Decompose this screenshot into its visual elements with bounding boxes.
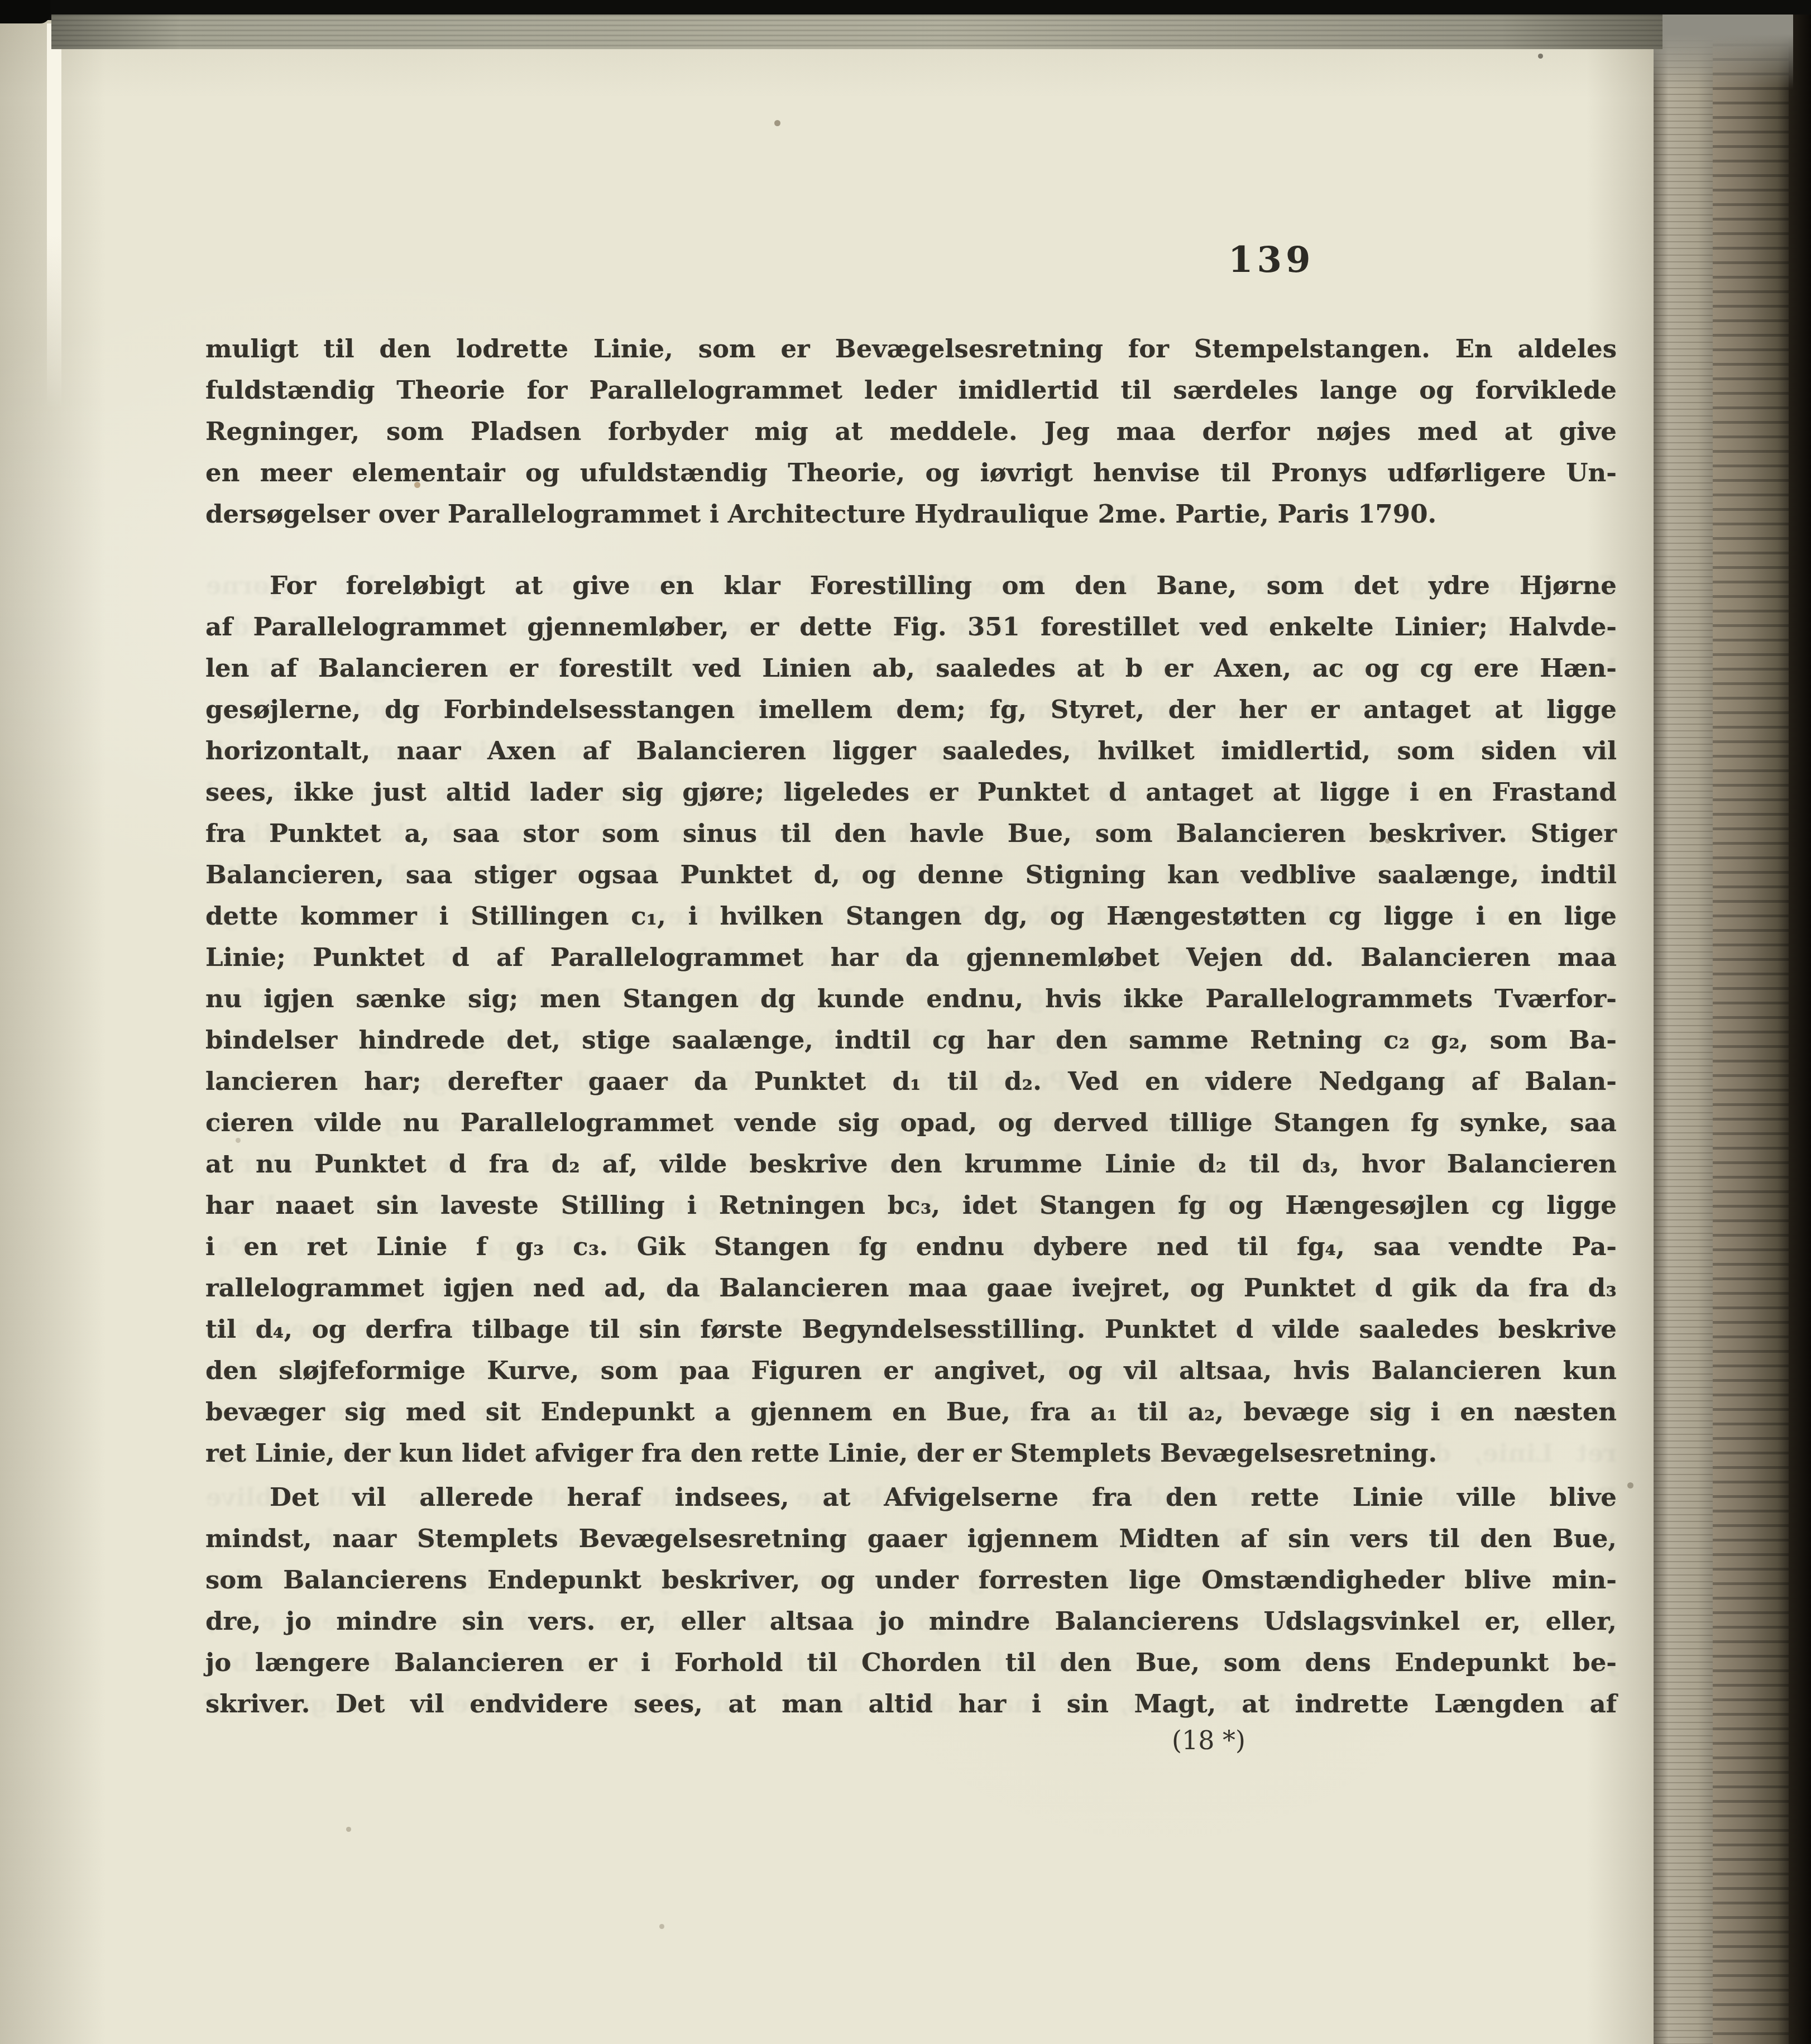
text-line: mindst, naar Stemplets Bevægelsesretning…: [205, 1518, 1617, 1559]
text-line: dette kommer i Stillingen c₁, i hvilken …: [205, 896, 1617, 937]
scan-background-corner: [0, 0, 50, 23]
text-line: af Parallelogrammet gjennemløber, er det…: [205, 606, 1617, 648]
top-pages-edge: [51, 15, 1663, 49]
text-line: rallelogrammet igjen ned ad, da Balancie…: [205, 1267, 1617, 1309]
text-line: jo længere Balancieren er i Forhold til …: [205, 1642, 1617, 1683]
text-line: som Balancierens Endepunkt beskriver, og…: [205, 1559, 1617, 1601]
text-line: ret Linie, der kun lidet afviger fra den…: [205, 1433, 1617, 1474]
text-line: Balancieren, saa stiger ogsaa Punktet d,…: [205, 854, 1617, 896]
text-line: sees, ikke just altid lader sig gjøre; l…: [205, 772, 1617, 813]
text-line: en meer elementair og ufuldstændig Theor…: [205, 452, 1617, 494]
text-line: len af Balancieren er forestilt ved Lini…: [205, 648, 1617, 689]
page-number: 139: [1228, 239, 1315, 281]
text-line: den sløjfeformige Kurve, som paa Figuren…: [205, 1350, 1617, 1391]
text-line: nu igjen sænke sig; men Stangen dg kunde…: [205, 978, 1617, 1019]
text-line: Regninger, som Pladsen forbyder mig at m…: [205, 411, 1617, 452]
text-line: horizontalt, naar Axen af Balancieren li…: [205, 730, 1617, 772]
paragraph-3: Det vil allerede heraf indsees, at Afvig…: [205, 1477, 1617, 1725]
text-line: Det vil allerede heraf indsees, at Afvig…: [205, 1477, 1617, 1518]
fore-edge-pages: [1654, 0, 1713, 2044]
text-line: at nu Punktet d fra d₂ af, vilde beskriv…: [205, 1143, 1617, 1185]
signature-mark: (18 *): [1108, 1725, 1309, 1755]
text-line: i en ret Linie f g₃ c₃. Gik Stangen fg e…: [205, 1226, 1617, 1267]
text-line: cieren vilde nu Parallelogrammet vende s…: [205, 1102, 1617, 1143]
text-line: gesøjlerne, dg Forbindelsesstangen imell…: [205, 689, 1617, 730]
book-cover-outer: [1789, 0, 1811, 2044]
scan-background-top: [0, 0, 1811, 15]
paragraph-1: muligt til den lodrette Linie, som er Be…: [205, 328, 1617, 535]
text-line: skriver. Det vil endvidere sees, at man …: [205, 1683, 1617, 1725]
text-line: bevæger sig med sit Endepunkt a gjennem …: [205, 1391, 1617, 1433]
text-line: fuldstændig Theorie for Parallelogrammet…: [205, 370, 1617, 411]
text-line: muligt til den lodrette Linie, som er Be…: [205, 328, 1617, 370]
book-cover-edge: [1713, 0, 1789, 2044]
text-line: lancieren har; derefter gaaer da Punktet…: [205, 1061, 1617, 1102]
text-line: har naaet sin laveste Stilling i Retning…: [205, 1185, 1617, 1226]
facing-page-edge: [47, 23, 61, 409]
text-line: For foreløbigt at give en klar Forestill…: [205, 565, 1617, 606]
text-line: fra Punktet a, saa stor som sinus til de…: [205, 813, 1617, 854]
text-line: dre, jo mindre sin vers. er, eller altsa…: [205, 1601, 1617, 1642]
text-line: dersøgelser over Parallelogrammet i Arch…: [205, 494, 1617, 535]
text-line: Linie; Punktet d af Parallelogrammet har…: [205, 937, 1617, 978]
book-scan: For foreløbigt at give en klar Forestill…: [0, 0, 1811, 2044]
paper-page: For foreløbigt at give en klar Forestill…: [0, 20, 1654, 2044]
text-line: bindelser hindrede det, stige saalænge, …: [205, 1019, 1617, 1061]
text-line: til d₄, og derfra tilbage til sin første…: [205, 1309, 1617, 1350]
paragraph-2: For foreløbigt at give en klar Forestill…: [205, 565, 1617, 1474]
